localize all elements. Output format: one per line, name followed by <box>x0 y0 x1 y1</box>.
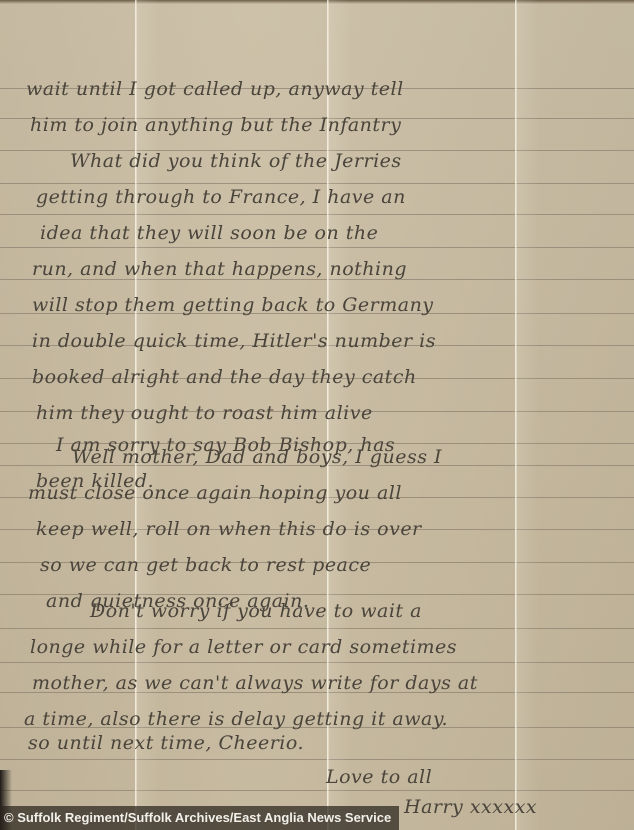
handwritten-line: in double quick time, Hitler's number is <box>32 330 436 352</box>
handwritten-line: keep well, roll on when this do is over <box>36 518 422 540</box>
photo-credit: © Suffolk Regiment/Suffolk Archives/East… <box>0 806 399 830</box>
fold-crease <box>515 0 517 830</box>
handwritten-line: Don't worry if you have to wait a <box>90 600 422 622</box>
handwritten-line: What did you think of the Jerries <box>70 150 402 172</box>
handwritten-line: him they ought to roast him alive <box>36 402 373 424</box>
handwritten-line: so until next time, Cheerio. <box>28 732 304 754</box>
handwritten-line: Love to all <box>326 766 432 788</box>
handwritten-line: Well mother, Dad and boys, I guess I <box>72 446 442 468</box>
handwritten-line: so we can get back to rest peace <box>40 554 371 576</box>
fold-shade <box>515 0 539 830</box>
handwritten-line: will stop them getting back to Germany <box>32 294 434 316</box>
handwritten-line: getting through to France, I have an <box>36 186 406 208</box>
handwritten-line: wait until I got called up, anyway tell <box>26 78 404 100</box>
letter-page: wait until I got called up, anyway tellh… <box>0 0 634 830</box>
handwritten-line: run, and when that happens, nothing <box>32 258 407 280</box>
handwritten-line: him to join anything but the Infantry <box>30 114 401 136</box>
handwritten-line: idea that they will soon be on the <box>40 222 378 244</box>
handwritten-line: longe while for a letter or card sometim… <box>30 636 457 658</box>
handwritten-line: booked alright and the day they catch <box>32 366 417 388</box>
handwritten-line: Harry xxxxxx <box>404 796 537 818</box>
handwritten-line: a time, also there is delay getting it a… <box>24 708 448 730</box>
handwritten-line: mother, as we can't always write for day… <box>32 672 478 694</box>
handwritten-line: must close once again hoping you all <box>28 482 402 504</box>
